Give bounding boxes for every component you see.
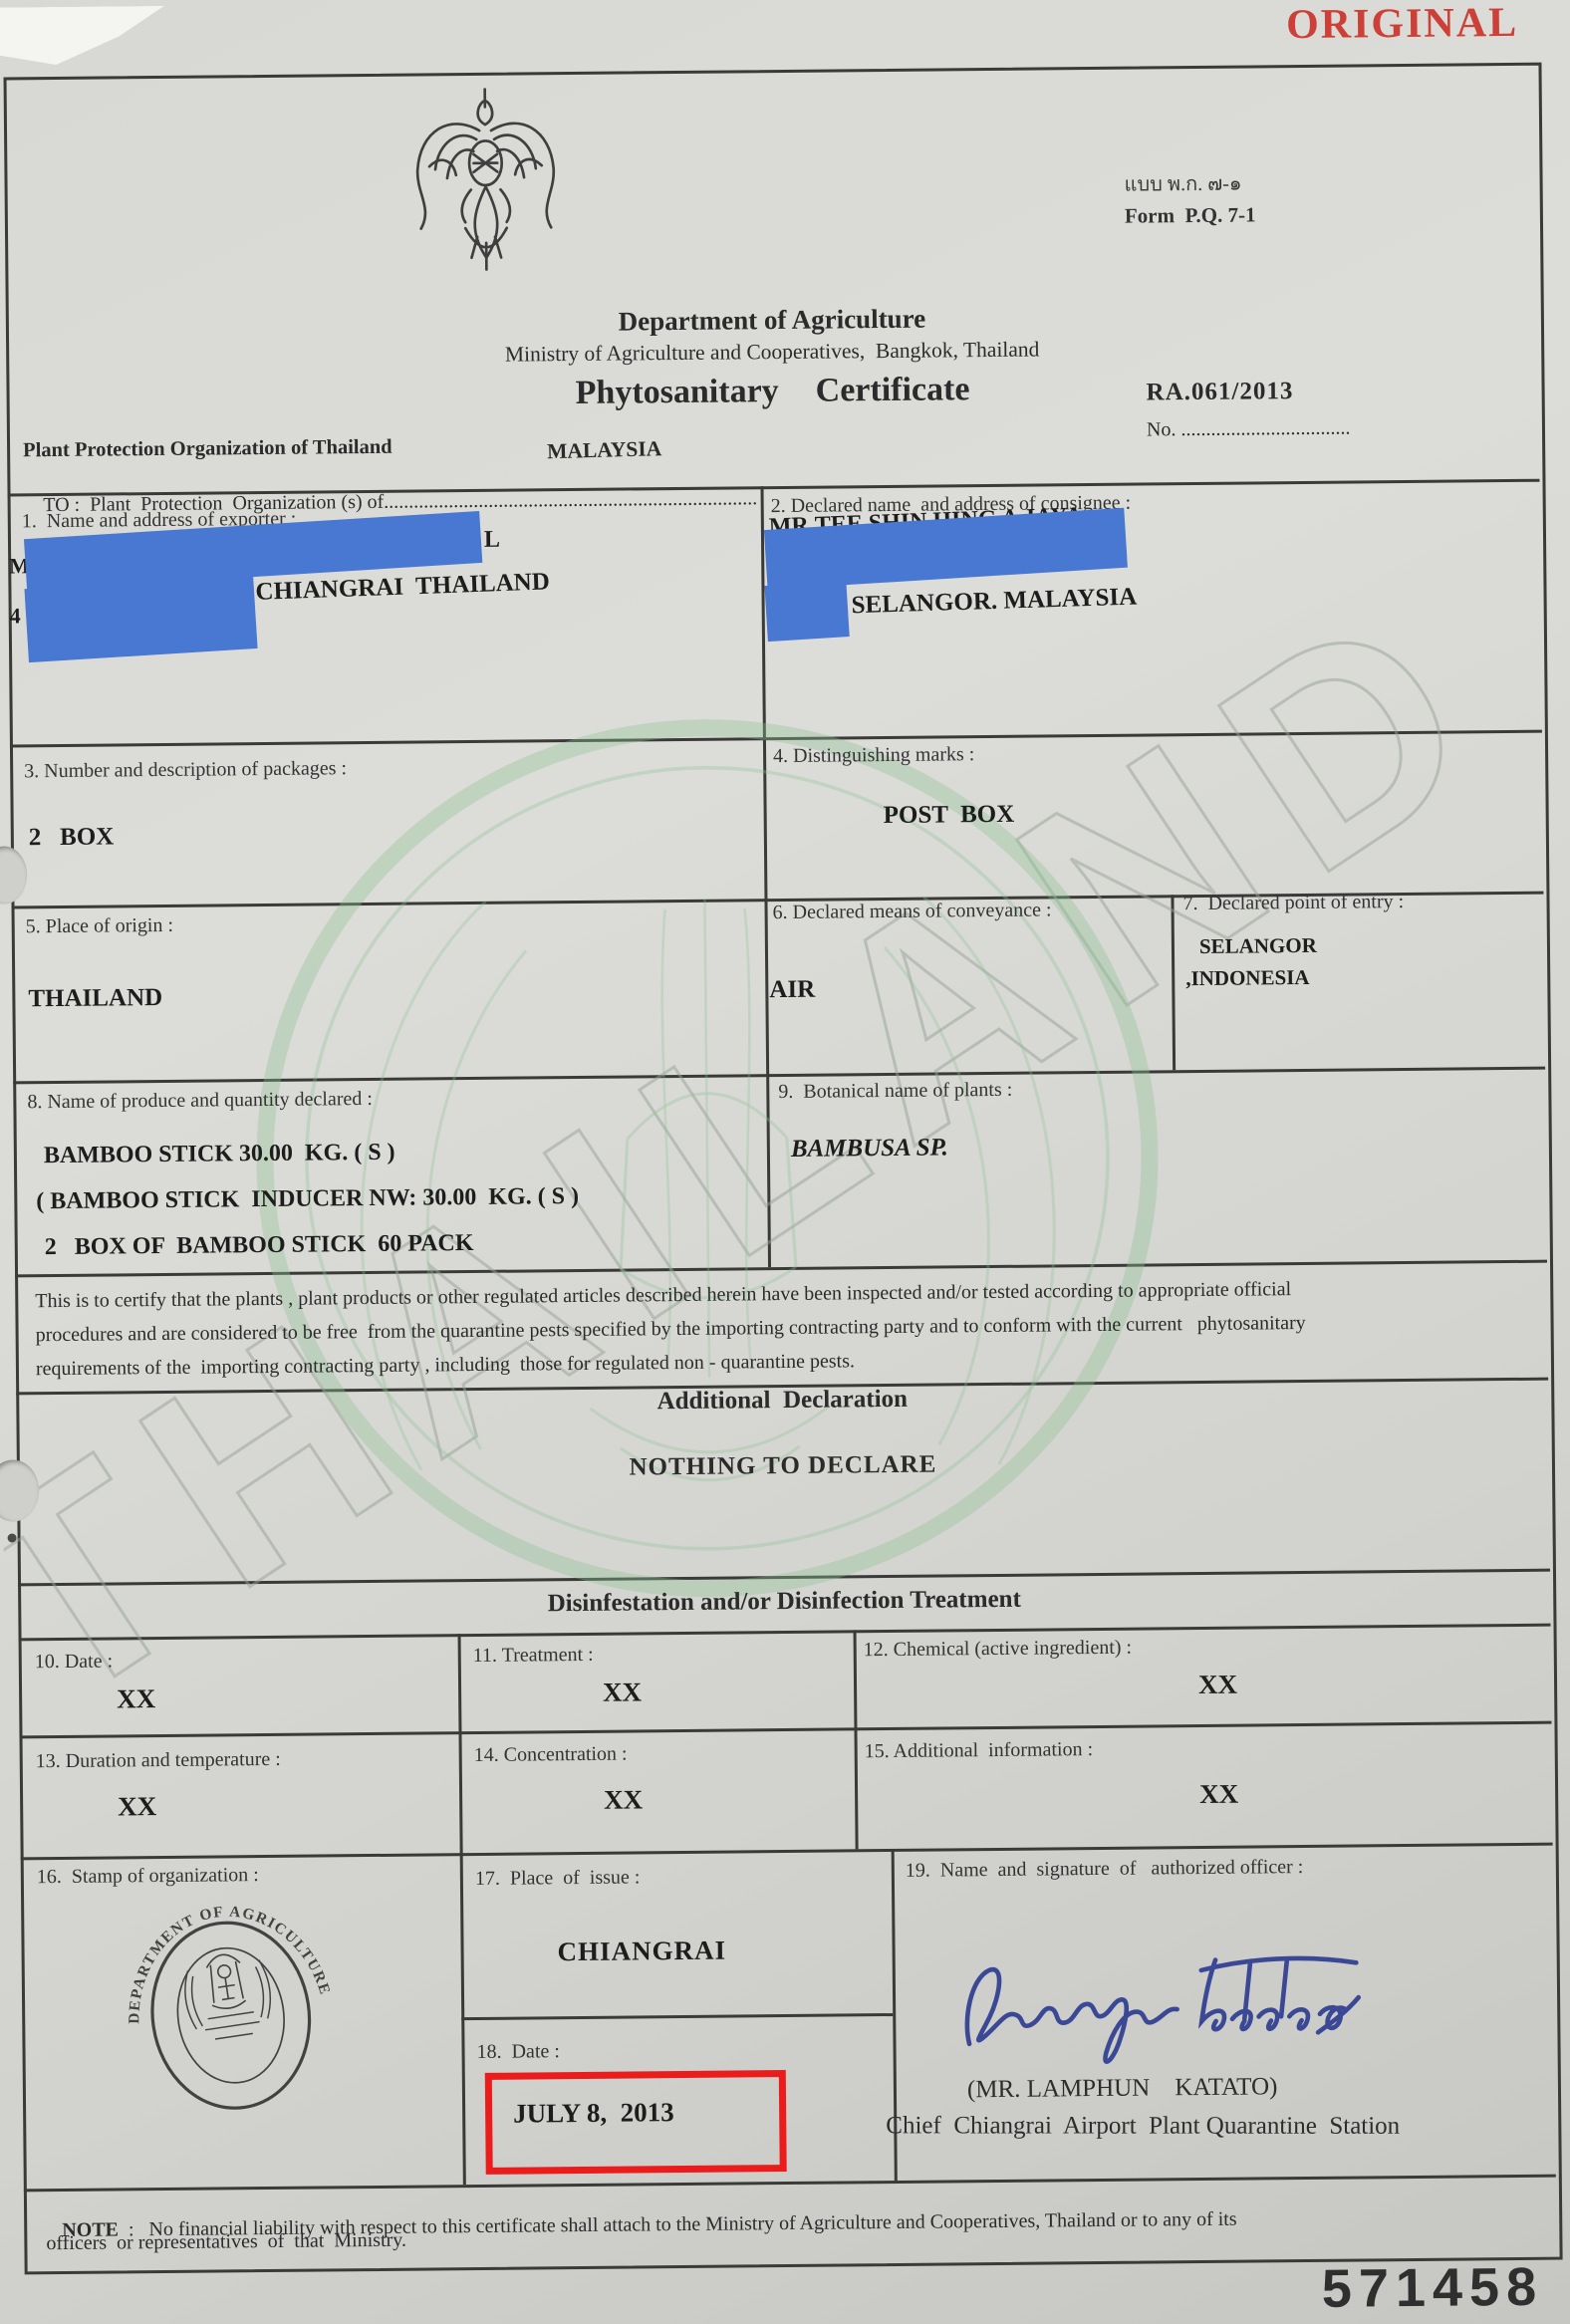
to-dotted-leader: ........................................… — [384, 487, 757, 513]
packages-label: 3. Number and description of packages : — [24, 757, 347, 783]
svg-text:DEPARTMENT OF AGRICULTURE: DEPARTMENT OF AGRICULTURE — [125, 1895, 334, 2026]
plant-protection-org-line: Plant Protection Organization of Thailan… — [23, 436, 392, 463]
officer-title: Chief Chiangrai Airport Plant Quarantine… — [886, 2112, 1400, 2140]
note-line-2: officers or representatives of that Mini… — [46, 2229, 406, 2255]
ra-number: RA.061/2013 — [1146, 378, 1293, 406]
exporter-left-fragment-2: 4 — [10, 603, 21, 629]
authorized-officer-label: 19. Name and signature of authorized off… — [906, 1856, 1304, 1883]
point-of-entry-line1: SELANGOR — [1199, 933, 1317, 959]
chemical-label: 12. Chemical (active ingredient) : — [864, 1637, 1133, 1663]
stamp-of-organization-label: 16. Stamp of organization : — [37, 1864, 259, 1889]
treatment-date-value: XX — [117, 1683, 155, 1714]
distinguishing-marks-label: 4. Distinguishing marks : — [773, 743, 974, 768]
produce-label: 8. Name of produce and quantity declared… — [27, 1088, 373, 1114]
officer-signature — [943, 1917, 1373, 2075]
botanical-name-value: BAMBUSA SP. — [791, 1134, 948, 1163]
concentration-value: XX — [604, 1784, 643, 1815]
serial-number: 571458 — [1322, 2256, 1544, 2320]
torn-corner — [0, 6, 164, 66]
produce-line-3: 2 BOX OF BAMBOO STICK 60 PACK — [45, 1230, 474, 1261]
form-ref-thai: แบบ พ.ก. ๗-๑ — [1124, 167, 1241, 200]
date-highlight-box — [485, 2070, 787, 2175]
redaction-bar-exporter-2 — [24, 575, 257, 662]
form-ref-en: Form P.Q. 7-1 — [1125, 202, 1256, 228]
duration-temp-value: XX — [118, 1791, 156, 1822]
ink-dot — [8, 1533, 17, 1542]
date-of-issue-label: 18. Date : — [476, 2040, 560, 2064]
chemical-value: XX — [1198, 1670, 1237, 1700]
origin-value: THAILAND — [28, 984, 162, 1013]
additional-info-value: XX — [1199, 1779, 1238, 1810]
packages-value: 2 BOX — [29, 823, 115, 852]
redaction-bar-consignee-2 — [764, 581, 849, 642]
additional-info-label: 15. Additional information : — [865, 1738, 1094, 1763]
point-of-entry-label: 7. Declared point of entry : — [1182, 891, 1404, 915]
conveyance-value: AIR — [769, 976, 815, 1004]
paper-sheet: THAILAND ORIGINAL แบบ พ.ก. ๗-๑ Form P.Q.… — [0, 0, 1570, 2324]
place-of-issue-label: 17. Place of issue : — [475, 1866, 641, 1891]
concentration-label: 14. Concentration : — [474, 1743, 628, 1767]
department-of-agriculture-stamp: DEPARTMENT OF AGRICULTURE — [125, 1895, 338, 2142]
origin-label: 5. Place of origin : — [26, 914, 174, 938]
produce-line-2: ( BAMBOO STICK INDUCER NW: 30.00 KG. ( S… — [36, 1183, 579, 1215]
no-field: No. .................................. — [1147, 417, 1351, 442]
scanned-certificate-page: THAILAND ORIGINAL แบบ พ.ก. ๗-๑ Form P.Q.… — [0, 0, 1570, 2324]
distinguishing-marks-value: POST BOX — [884, 801, 1015, 830]
place-of-issue-value: CHIANGRAI — [557, 1936, 726, 1968]
treatment-type-label: 11. Treatment : — [473, 1644, 594, 1668]
duration-temp-label: 13. Duration and temperature : — [36, 1748, 281, 1773]
conveyance-label: 6. Declared means of conveyance : — [772, 899, 1051, 924]
exporter-line1-fragment: L — [484, 527, 500, 554]
botanical-name-label: 9. Botanical name of plants : — [778, 1079, 1012, 1104]
treatment-type-value: XX — [603, 1677, 642, 1707]
original-label: ORIGINAL — [1286, 0, 1518, 49]
produce-line-1: BAMBOO STICK 30.00 KG. ( S ) — [44, 1140, 395, 1169]
garuda-emblem-icon — [396, 78, 576, 311]
treatment-date-label: 10. Date : — [35, 1651, 114, 1675]
to-country-value: MALAYSIA — [547, 436, 662, 464]
officer-name: (MR. LAMPHUN KATATO) — [967, 2073, 1278, 2104]
point-of-entry-line2: ,INDONESIA — [1185, 965, 1310, 991]
